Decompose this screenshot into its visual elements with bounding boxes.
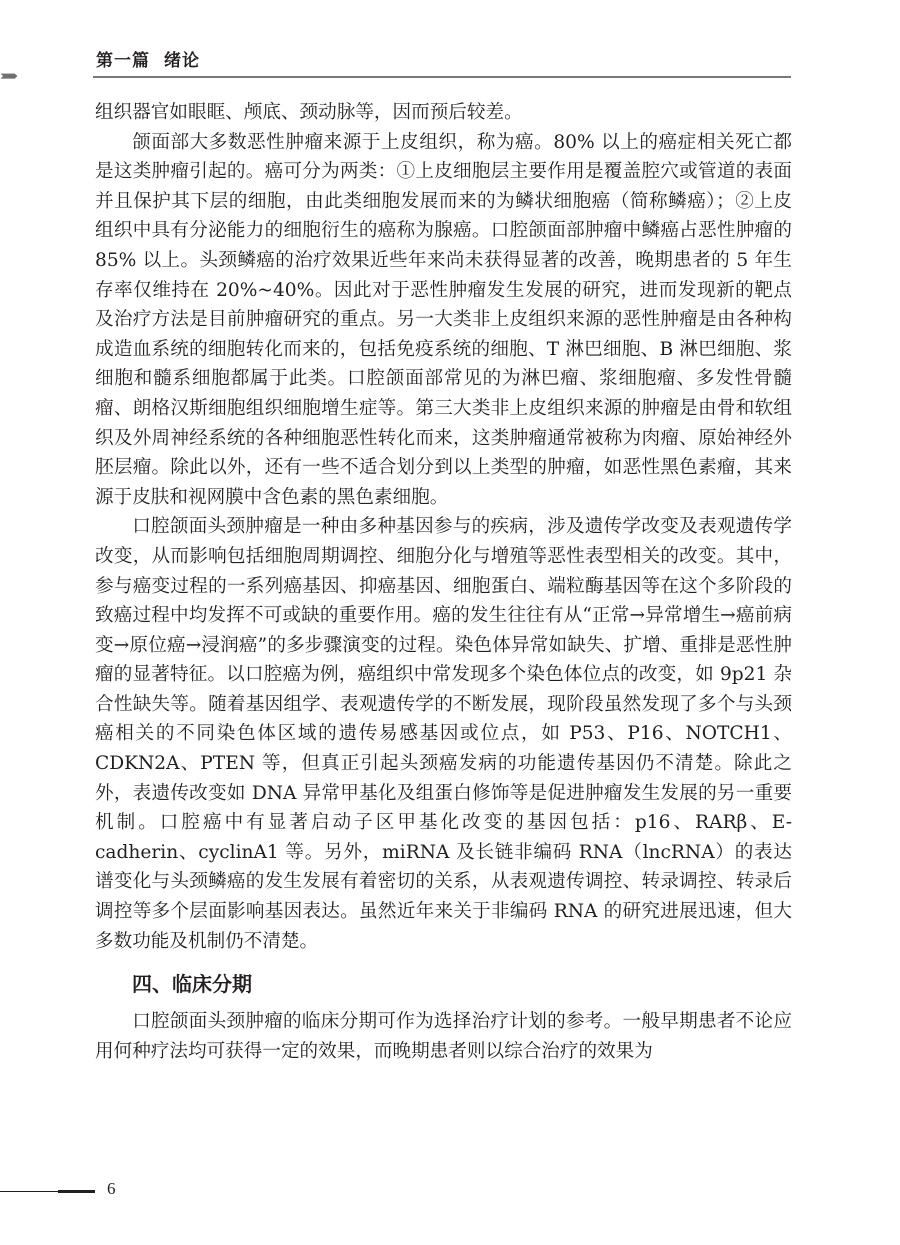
header-rule: [93, 76, 791, 78]
header-part-label: 第一篇: [96, 51, 150, 71]
footer-rule-thin: [0, 1191, 58, 1192]
section-heading: 四、临床分期: [132, 969, 792, 999]
header-title: 第一篇绪论: [96, 46, 214, 71]
running-header: ›››››››››››››› 第一篇绪论: [0, 40, 900, 90]
chevron-decoration-icon: ››››››››››››››: [0, 70, 14, 84]
paragraph-clinical-staging: 口腔颌面头颈肿瘤的临床分期可作为选择治疗计划的参考。一般早期患者不论应用何种疗法…: [95, 1007, 792, 1066]
paragraph-tumor-types: 颌面部大多数恶性肿瘤来源于上皮组织，称为癌。80% 以上的癌症相关死亡都是这类肿…: [95, 128, 792, 513]
page-body: 组织器官如眼眶、颅底、颈动脉等，因而预后较差。 颌面部大多数恶性肿瘤来源于上皮组…: [95, 98, 792, 1066]
page-footer: 6: [0, 1183, 300, 1213]
paragraph-continuation: 组织器官如眼眶、颅底、颈动脉等，因而预后较差。: [95, 98, 792, 128]
footer-rule-thick: [58, 1190, 95, 1193]
page-number: 6: [107, 1179, 116, 1199]
header-chapter-title: 绪论: [164, 51, 200, 71]
paragraph-genetics: 口腔颌面头颈肿瘤是一种由多种基因参与的疾病，涉及遗传学改变及表观遗传学改变，从而…: [95, 512, 792, 956]
